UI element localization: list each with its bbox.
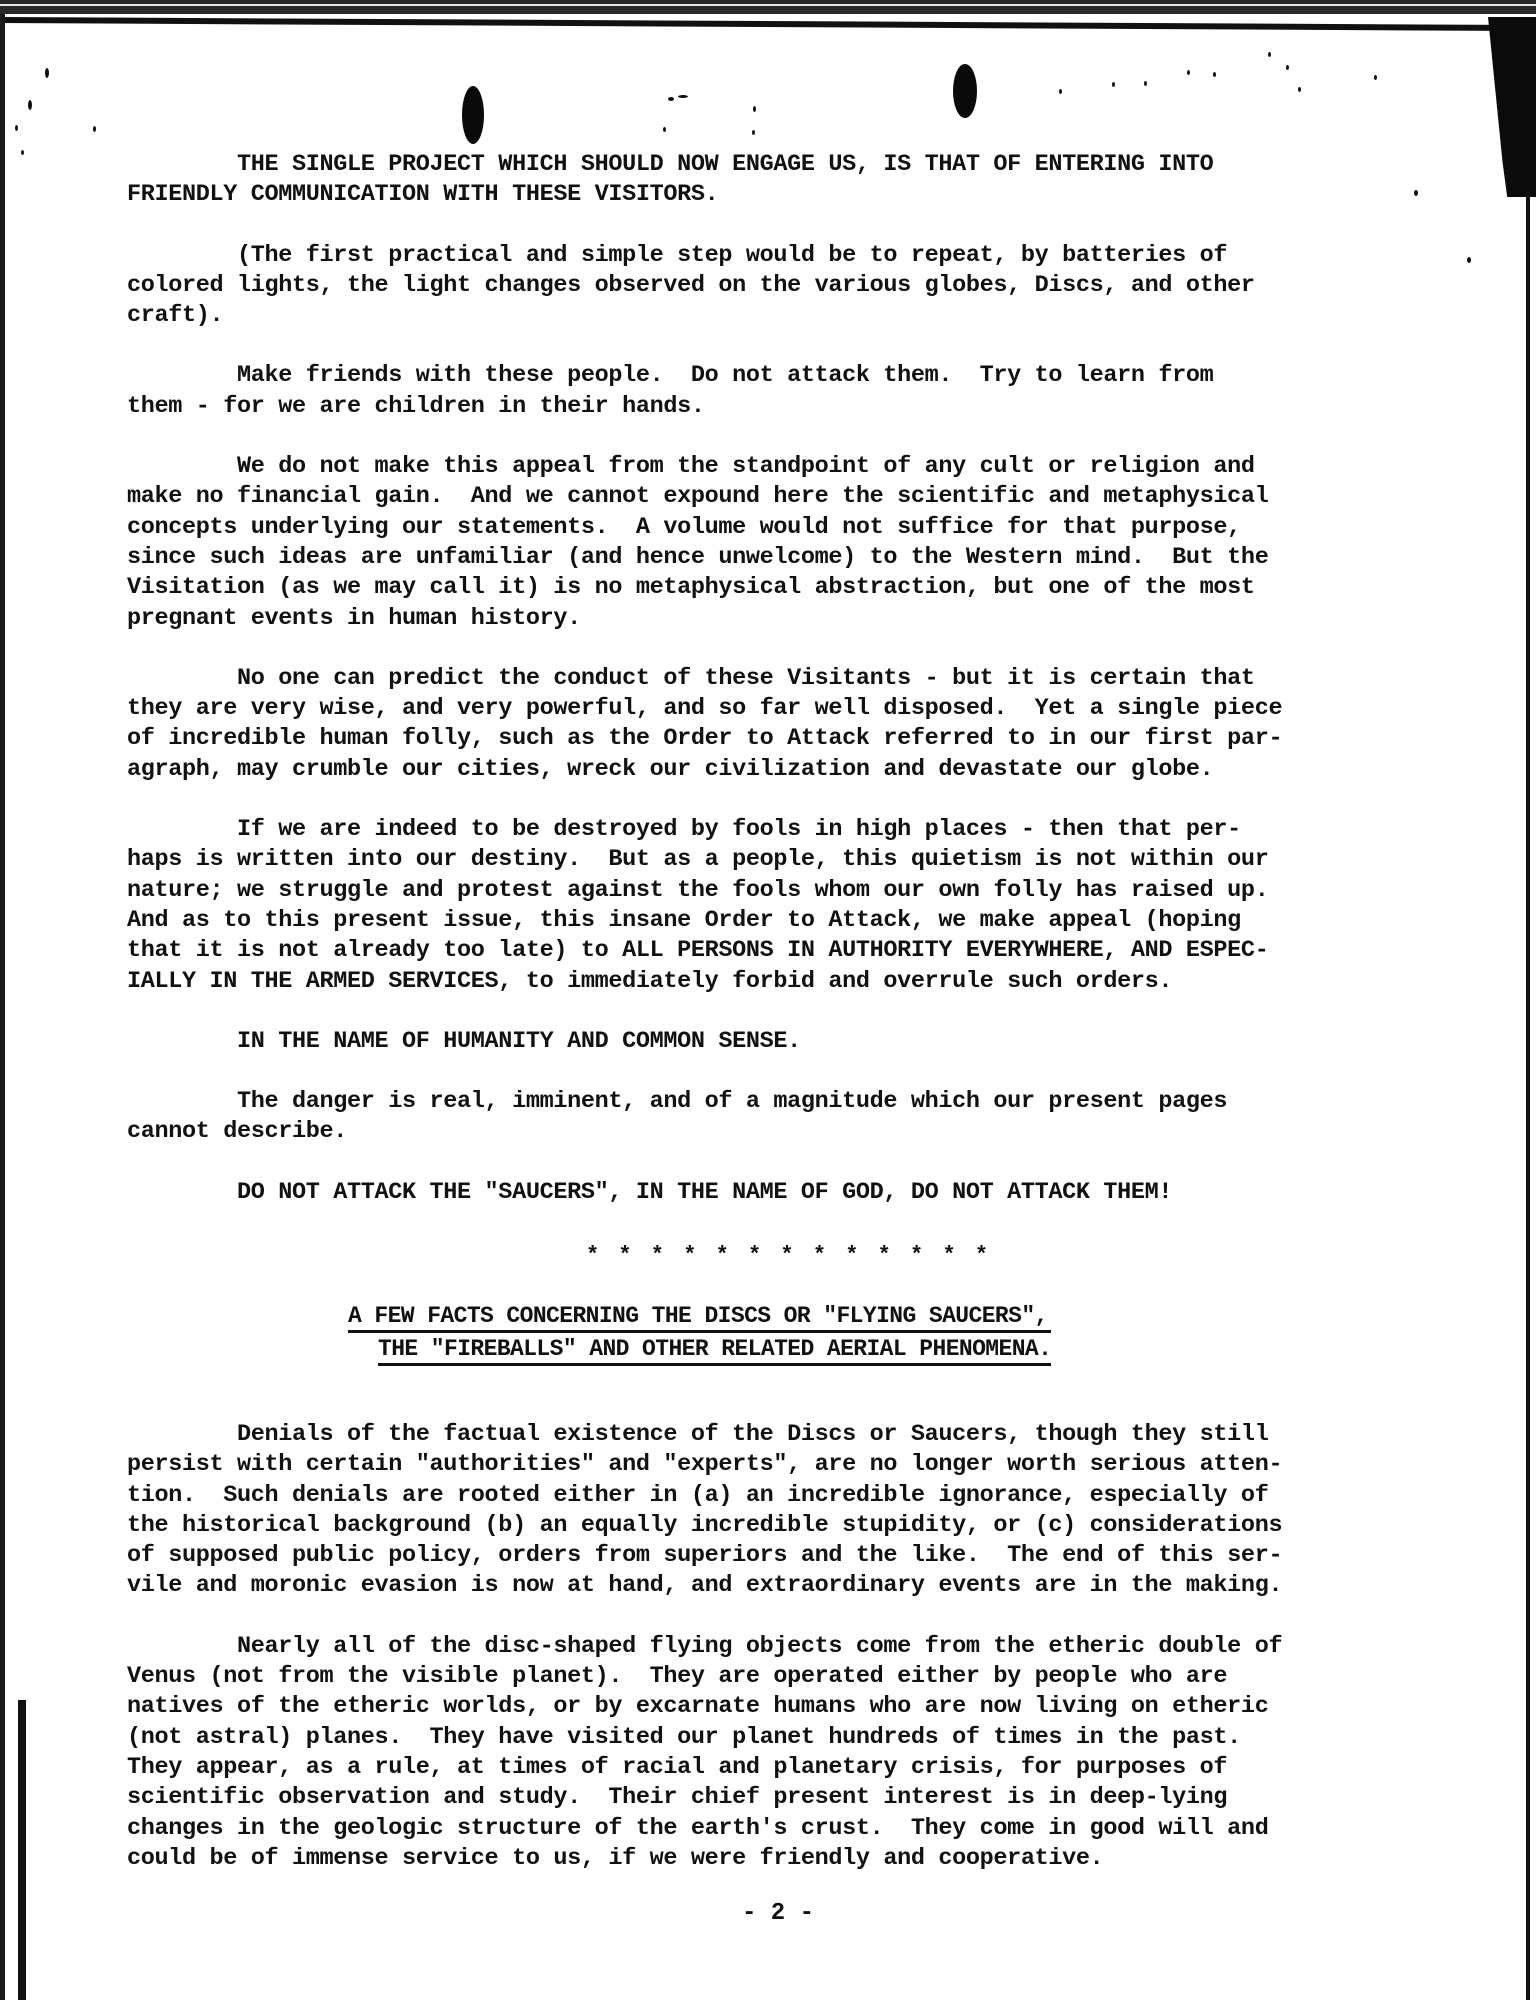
text-line: vile and moronic evasion is now at hand,… — [127, 1571, 1387, 1601]
scan-speck — [93, 126, 96, 132]
text-line: FRIENDLY COMMUNICATION WITH THESE VISITO… — [127, 180, 1387, 210]
text-line: changes in the geologic structure of the… — [127, 1814, 1387, 1844]
text-line: Venus (not from the visible planet). The… — [127, 1662, 1387, 1692]
page-right-edge-shadow — [1488, 17, 1536, 197]
text-line: since such ideas are unfamiliar (and hen… — [127, 543, 1387, 573]
text-line: Nearly all of the disc-shaped flying obj… — [127, 1632, 1387, 1662]
text-line: (The first practical and simple step wou… — [127, 241, 1387, 271]
text-line: Make friends with these people. Do not a… — [127, 361, 1387, 391]
scan-speck — [1059, 89, 1062, 94]
paragraph-no-cult: We do not make this appeal from the stan… — [127, 452, 1387, 634]
scan-speck — [663, 127, 666, 132]
scan-top-band — [0, 0, 1536, 14]
text-line: IN THE NAME OF HUMANITY AND COMMON SENSE… — [127, 1027, 1387, 1057]
scan-speck — [1213, 72, 1216, 77]
section-heading: A FEW FACTS CONCERNING THE DISCS OR "FLY… — [348, 1302, 1051, 1368]
paragraph-danger: The danger is real, imminent, and of a m… — [127, 1087, 1387, 1148]
text-line: haps is written into our destiny. But as… — [127, 845, 1387, 875]
text-line: pregnant events in human history. — [127, 604, 1387, 634]
scan-speck — [21, 150, 24, 155]
punch-hole-right — [953, 64, 977, 118]
text-line: They appear, as a rule, at times of raci… — [127, 1753, 1387, 1783]
text-line: of incredible human folly, such as the O… — [127, 724, 1387, 754]
text-line: natives of the etheric worlds, or by exc… — [127, 1692, 1387, 1722]
text-line: The danger is real, imminent, and of a m… — [127, 1087, 1387, 1117]
scan-speck — [668, 97, 674, 101]
punch-hole-left — [462, 86, 484, 144]
text-line: nature; we struggle and protest against … — [127, 876, 1387, 906]
text-line: concepts underlying our statements. A vo… — [127, 513, 1387, 543]
section-heading-line-2: THE "FIREBALLS" AND OTHER RELATED AERIAL… — [378, 1335, 1051, 1366]
scan-speck — [1286, 65, 1289, 70]
text-line: Visitation (as we may call it) is no met… — [127, 573, 1387, 603]
scan-speck — [752, 130, 755, 135]
text-line: persist with certain "authorities" and "… — [127, 1450, 1387, 1480]
page-left-edge-shadow — [18, 1700, 26, 2000]
text-line: Denials of the factual existence of the … — [127, 1420, 1387, 1450]
text-line: scientific observation and study. Their … — [127, 1783, 1387, 1813]
scan-speck — [678, 95, 688, 98]
section-separator: * * * * * * * * * * * * * — [586, 1243, 991, 1268]
scan-speck — [1112, 82, 1115, 87]
paragraph-visitants: No one can predict the conduct of these … — [127, 664, 1387, 785]
scan-speck — [1414, 190, 1418, 196]
paragraph-make-friends: Make friends with these people. Do not a… — [127, 361, 1387, 422]
paragraph-fools: If we are indeed to be destroyed by fool… — [127, 815, 1387, 997]
scan-speck — [1268, 52, 1271, 57]
scan-speck — [1374, 75, 1377, 80]
text-line: them - for we are children in their hand… — [127, 392, 1387, 422]
section-heading-line-1: A FEW FACTS CONCERNING THE DISCS OR "FLY… — [348, 1302, 1051, 1333]
text-line: agraph, may crumble our cities, wreck ou… — [127, 755, 1387, 785]
scan-left-border — [0, 14, 5, 2000]
text-line: THE SINGLE PROJECT WHICH SHOULD NOW ENGA… — [127, 150, 1387, 180]
text-line: And as to this present issue, this insan… — [127, 906, 1387, 936]
text-line: could be of immense service to us, if we… — [127, 1844, 1387, 1874]
page-top-edge-shadow — [0, 17, 1500, 31]
text-line: DO NOT ATTACK THE "SAUCERS", IN THE NAME… — [127, 1178, 1387, 1208]
document-section-body: Denials of the factual existence of the … — [127, 1420, 1387, 1904]
paragraph-venus: Nearly all of the disc-shaped flying obj… — [127, 1632, 1387, 1874]
scan-right-border — [1526, 190, 1530, 2000]
scan-speck — [753, 106, 756, 112]
scan-top-band-highlight — [0, 4, 1536, 6]
scan-speck — [1144, 81, 1147, 86]
text-line: they are very wise, and very powerful, a… — [127, 694, 1387, 724]
text-line: craft). — [127, 301, 1387, 331]
scan-speck — [1467, 257, 1471, 263]
text-line: of supposed public policy, orders from s… — [127, 1541, 1387, 1571]
text-line: No one can predict the conduct of these … — [127, 664, 1387, 694]
scan-speck — [15, 125, 18, 131]
scan-speck — [45, 68, 49, 78]
text-line: that it is not already too late) to ALL … — [127, 936, 1387, 966]
paragraph-denials: Denials of the factual existence of the … — [127, 1420, 1387, 1602]
text-line: tion. Such denials are rooted either in … — [127, 1481, 1387, 1511]
paragraph-do-not-attack: DO NOT ATTACK THE "SAUCERS", IN THE NAME… — [127, 1178, 1387, 1208]
text-line: We do not make this appeal from the stan… — [127, 452, 1387, 482]
scan-speck — [1187, 70, 1190, 75]
scan-speck — [1298, 87, 1301, 92]
paragraph-first-step: (The first practical and simple step wou… — [127, 241, 1387, 332]
text-line: If we are indeed to be destroyed by fool… — [127, 815, 1387, 845]
paragraph-humanity: IN THE NAME OF HUMANITY AND COMMON SENSE… — [127, 1027, 1387, 1057]
paragraph-single-project: THE SINGLE PROJECT WHICH SHOULD NOW ENGA… — [127, 150, 1387, 211]
text-line: (not astral) planes. They have visited o… — [127, 1723, 1387, 1753]
text-line: the historical background (b) an equally… — [127, 1511, 1387, 1541]
text-line: make no financial gain. And we cannot ex… — [127, 482, 1387, 512]
text-line: colored lights, the light changes observ… — [127, 271, 1387, 301]
text-line: IALLY IN THE ARMED SERVICES, to immediat… — [127, 967, 1387, 997]
text-line: cannot describe. — [127, 1117, 1387, 1147]
page-number: - 2 - — [742, 1900, 814, 1927]
scan-speck — [28, 100, 32, 110]
document-page: THE SINGLE PROJECT WHICH SHOULD NOW ENGA… — [127, 150, 1387, 1238]
